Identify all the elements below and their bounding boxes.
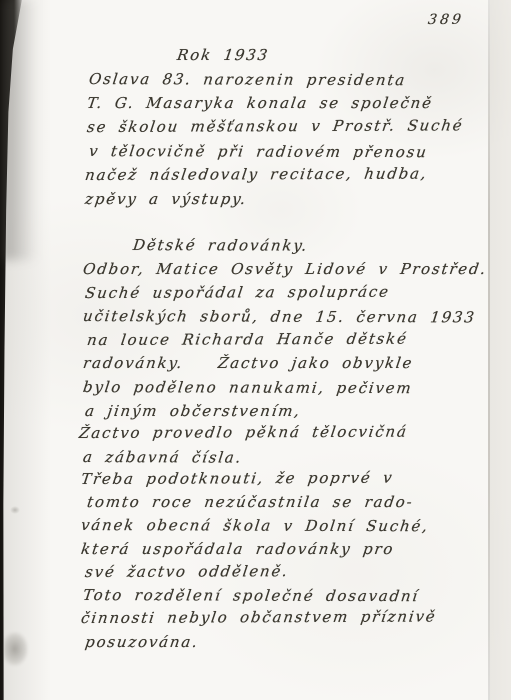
text-line: vánek obecná škola v Dolní Suché, [80, 516, 430, 535]
text-line: která uspořádala radovánky pro [80, 540, 396, 558]
text-line: radovánky. Žactvo jako obvykle [82, 354, 414, 372]
text-line: bylo poděleno nanukami, pečivem [82, 378, 414, 397]
text-line: se školou měšťanskou v Prostř. Suché [86, 116, 465, 136]
text-line: v tělocvičně při radiovém přenosu [88, 142, 429, 161]
text-line: a zábavná čísla. [82, 448, 243, 467]
page-number: 389 [427, 12, 465, 28]
text-line: učitelských sborů, dne 15. června 1933 [82, 307, 477, 326]
text-line: posuzována. [84, 633, 200, 651]
text-line: na louce Richarda Hanče dětské [86, 330, 409, 349]
text-line: načež následovaly recitace, hudba, [84, 165, 429, 184]
text-line: své žactvo odděleně. [84, 562, 290, 581]
text-line: Odbor, Matice Osvěty Lidové v Prostřed. [82, 260, 488, 278]
text-line: Třeba podotknouti, že poprvé v [80, 469, 395, 488]
right-page-shade [490, 0, 511, 700]
year-heading: Rok 1933 [176, 46, 270, 64]
ink-smudge [4, 632, 28, 666]
section-heading: Dětské radovánky. [132, 236, 309, 255]
text-line: T. G. Masaryka konala se společně [86, 94, 434, 112]
book-binding-shadow [0, 0, 28, 700]
text-line: Toto rozdělení společné dosavadní [82, 586, 420, 605]
text-line: tomto roce nezúčastnila se rado- [86, 493, 415, 511]
text-line: Žactvo provedlo pěkná tělocvičná [78, 423, 409, 442]
text-line: Suché uspořádal za spolupráce [84, 283, 391, 302]
text-line: a jiným občerstvením, [84, 402, 302, 420]
text-line: činnosti nebylo občanstvem příznivě [80, 607, 438, 627]
text-line: zpěvy a výstupy. [84, 190, 248, 208]
scanned-page: 389 Rok 1933 Oslava 83. narozenin presid… [0, 0, 511, 700]
text-line: Oslava 83. narozenin presidenta [88, 70, 407, 89]
paper-spot [10, 506, 20, 514]
